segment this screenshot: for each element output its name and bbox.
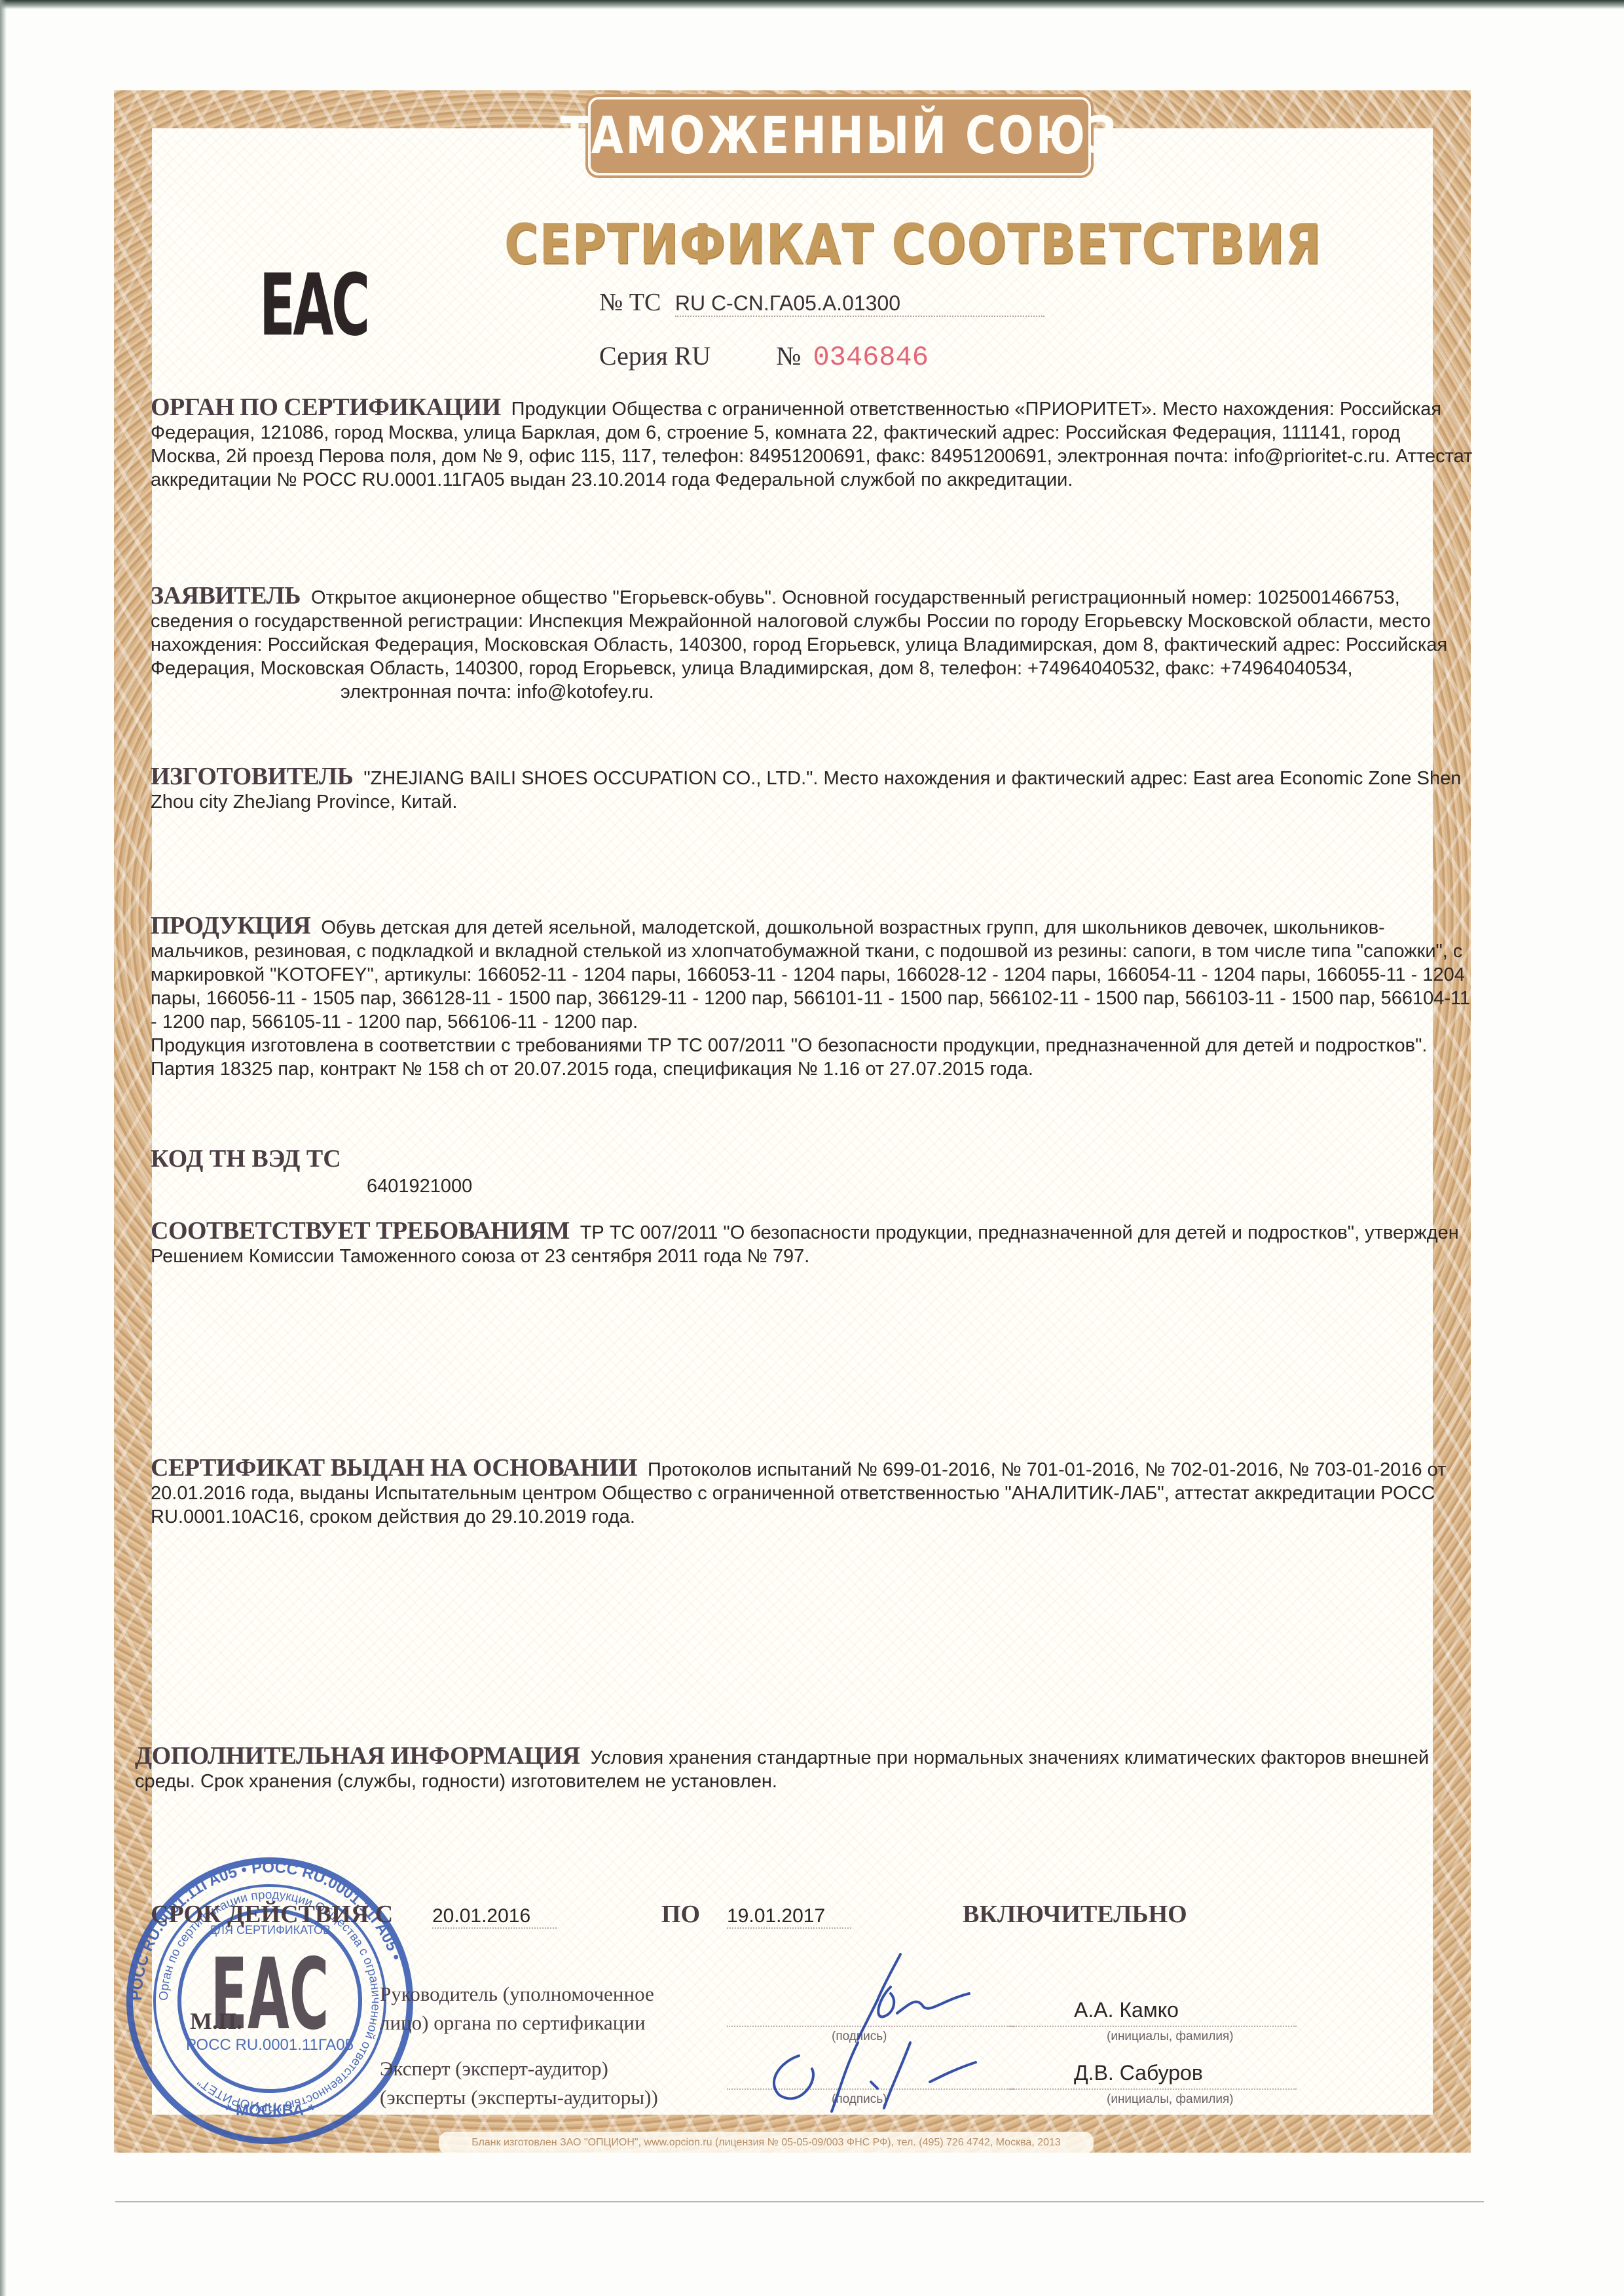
section-label: СЕРТИФИКАТ ВЫДАН НА ОСНОВАНИИ — [151, 1454, 637, 1482]
section-conforms-to: СООТВЕТСТВУЕТ ТРЕБОВАНИЯМТР ТС 007/2011 … — [151, 1219, 1473, 1268]
applicant-email: электронная почта: info@kotofey.ru. — [151, 680, 1473, 704]
validity-to-date: 19.01.2017 — [727, 1905, 851, 1929]
validity-from-label: СРОК ДЕЙСТВИЯ С — [151, 1900, 393, 1929]
series-label: Серия RU — [599, 341, 710, 371]
validity-period: СРОК ДЕЙСТВИЯ С 20.01.2016 ПО 19.01.2017… — [151, 1899, 1473, 1938]
expert-title-line-1: Эксперт (эксперт-аудитор) — [380, 2054, 658, 2083]
section-basis: СЕРТИФИКАТ ВЫДАН НА ОСНОВАНИИПротоколов … — [151, 1456, 1473, 1529]
document-title: СЕРТИФИКАТ СООТВЕТСТВИЯ — [504, 212, 1054, 276]
head-signer-title: Руководитель (уполномоченное лицо) орган… — [380, 1980, 654, 2037]
expert-name-line — [1008, 2088, 1297, 2090]
section-label: ЗАЯВИТЕЛЬ — [151, 582, 301, 610]
validity-to-label: ПО — [661, 1900, 700, 1929]
head-title-line-1: Руководитель (уполномоченное — [380, 1980, 654, 2009]
expert-signature-icon — [760, 2016, 995, 2115]
serial-label: № — [776, 341, 801, 371]
head-name-line — [1008, 2026, 1297, 2027]
stamp-city: * МОСКВА * — [225, 2102, 315, 2119]
validity-from-date: 20.01.2016 — [432, 1905, 557, 1929]
section-text: Открытое акционерное общество "Егорьевск… — [151, 587, 1447, 679]
product-batch-note: Партия 18325 пар, контракт № 158 ch от 2… — [151, 1057, 1473, 1081]
section-manufacturer: ИЗГОТОВИТЕЛЬ"ZHEJIANG BAILI SHOES OCCUPA… — [151, 765, 1473, 814]
section-certification-body: ОРГАН ПО СЕРТИФИКАЦИИПродукции Общества … — [151, 395, 1473, 492]
tn-ved-label: КОД ТН ВЭД ТС — [151, 1144, 341, 1173]
eac-logo-icon: ЕАС — [259, 255, 367, 355]
section-applicant: ЗАЯВИТЕЛЬОткрытое акционерное общество "… — [151, 584, 1473, 704]
section-label: ДОПОЛНИТЕЛЬНАЯ ИНФОРМАЦИЯ — [135, 1742, 580, 1770]
section-text: Обувь детская для детей ясельной, малоде… — [151, 917, 1470, 1032]
certificate-number: № ТС RU C-CN.ГА05.А.01300 — [599, 288, 1044, 317]
tn-ved-value: 6401921000 — [367, 1175, 472, 1198]
expert-name-caption: (инициалы, фамилия) — [1107, 2092, 1234, 2107]
form-series: Серия RU № 0346846 — [599, 340, 929, 373]
head-title-line-2: лицо) органа по сертификации — [380, 2009, 654, 2037]
section-label: СООТВЕТСТВУЕТ ТРЕБОВАНИЯМ — [151, 1217, 570, 1245]
seal-place-label: М.П. — [190, 2007, 242, 2035]
scan-top-edge — [0, 0, 1624, 9]
section-label: ПРОДУКЦИЯ — [151, 912, 310, 939]
certificate-number-value: RU C-CN.ГА05.А.01300 — [675, 291, 1044, 317]
union-title: ТАМОЖЕННЫЙ СОЮЗ — [560, 107, 1118, 166]
scan-artifact-line — [115, 2201, 1484, 2202]
section-additional-info: ДОПОЛНИТЕЛЬНАЯ ИНФОРМАЦИЯУсловия хранени… — [135, 1744, 1458, 1793]
head-name: А.А. Камко — [1074, 1998, 1179, 2022]
serial-number: 0346846 — [813, 342, 928, 373]
printer-note: Бланк изготовлен ЗАО "ОПЦИОН", www.opcio… — [439, 2132, 1094, 2154]
certificate-number-label: № ТС — [599, 289, 661, 316]
section-product: ПРОДУКЦИЯОбувь детская для детей ясельно… — [151, 914, 1473, 1081]
expert-title-line-2: (эксперты (эксперты-аудиторы)) — [380, 2083, 658, 2112]
union-title-plate: ТАМОЖЕННЫЙ СОЮЗ — [588, 97, 1091, 175]
head-name-caption: (инициалы, фамилия) — [1107, 2030, 1234, 2044]
section-label: ОРГАН ПО СЕРТИФИКАЦИИ — [151, 393, 501, 421]
product-compliance-note: Продукция изготовлена в соответствии с т… — [151, 1034, 1473, 1057]
validity-inclusive-label: ВКЛЮЧИТЕЛЬНО — [963, 1900, 1187, 1929]
scan-left-edge — [0, 0, 7, 2296]
expert-name: Д.В. Сабуров — [1074, 2061, 1203, 2085]
section-label: ИЗГОТОВИТЕЛЬ — [151, 763, 353, 790]
expert-signer-title: Эксперт (эксперт-аудитор) (эксперты (экс… — [380, 2054, 658, 2112]
